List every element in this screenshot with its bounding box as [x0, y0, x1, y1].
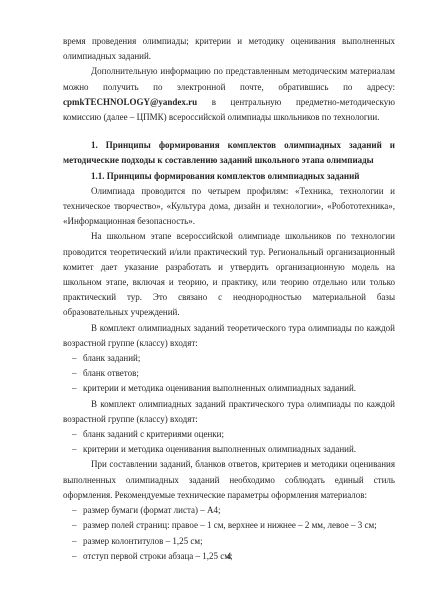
paragraph-continuation: время проведения олимпиады; критерии и м… — [63, 34, 395, 64]
list-item: –бланк заданий; — [63, 351, 395, 366]
paragraph-practical-kit-intro: В комплект олимпиадных заданий практичес… — [63, 397, 395, 427]
list-item-text: размер колонтитулов – 1,25 см; — [83, 536, 203, 546]
list-item: –размер колонтитулов – 1,25 см; — [63, 534, 395, 549]
list-item: –бланк ответов; — [63, 366, 395, 381]
bullet-dash: – — [72, 381, 77, 396]
list-item-text: размер полей страниц: правое – 1 см, вер… — [83, 520, 377, 530]
document-content: время проведения олимпиады; критерии и м… — [63, 34, 395, 564]
paragraph-profiles: Олимпиада проводится по четырем профилям… — [63, 184, 395, 230]
paragraph-contact-info: Дополнительную информацию по представлен… — [63, 64, 395, 125]
email-address: cpmkTECHNOLOGY@yandex.ru — [63, 97, 197, 107]
list-item-text: размер бумаги (формат листа) – А4; — [83, 505, 220, 515]
list-item-text: критерии и методика оценивания выполненн… — [83, 444, 356, 454]
paragraph-school-stage: На школьном этапе всероссийской олимпиад… — [63, 229, 395, 320]
document-page: время проведения олимпиады; критерии и м… — [0, 0, 424, 600]
bullet-dash: – — [72, 427, 77, 442]
bullet-dash: – — [72, 518, 77, 533]
bullet-dash: – — [72, 351, 77, 366]
paragraph-text: Дополнительную информацию по представлен… — [63, 66, 395, 91]
list-item: –критерии и методика оценивания выполнен… — [63, 442, 395, 457]
list-item: –бланк заданий с критериями оценки; — [63, 427, 395, 442]
list-item: –размер бумаги (формат листа) – А4; — [63, 503, 395, 518]
practical-kit-list: –бланк заданий с критериями оценки; –кри… — [63, 427, 395, 457]
list-item-text: бланк заданий; — [83, 353, 140, 363]
bullet-dash: – — [72, 503, 77, 518]
bullet-dash: – — [72, 534, 77, 549]
list-item-text: бланк заданий с критериями оценки; — [83, 429, 224, 439]
list-item-text: бланк ответов; — [83, 368, 139, 378]
list-item: –размер полей страниц: правое – 1 см, ве… — [63, 518, 395, 533]
paragraph-theory-kit-intro: В комплект олимпиадных заданий теоретиче… — [63, 321, 395, 351]
page-number: 4 — [63, 551, 395, 561]
list-item: –критерии и методика оценивания выполнен… — [63, 381, 395, 396]
paragraph-formatting-intro: При составлении заданий, бланков ответов… — [63, 457, 395, 503]
section-heading: 1. Принципы формирования комплектов олим… — [63, 138, 395, 168]
theory-kit-list: –бланк заданий; –бланк ответов; –критери… — [63, 351, 395, 397]
list-item-text: критерии и методика оценивания выполненн… — [83, 383, 356, 393]
subsection-heading: 1.1. Принципы формирования комплектов ол… — [63, 169, 395, 184]
bullet-dash: – — [72, 366, 77, 381]
bullet-dash: – — [72, 442, 77, 457]
